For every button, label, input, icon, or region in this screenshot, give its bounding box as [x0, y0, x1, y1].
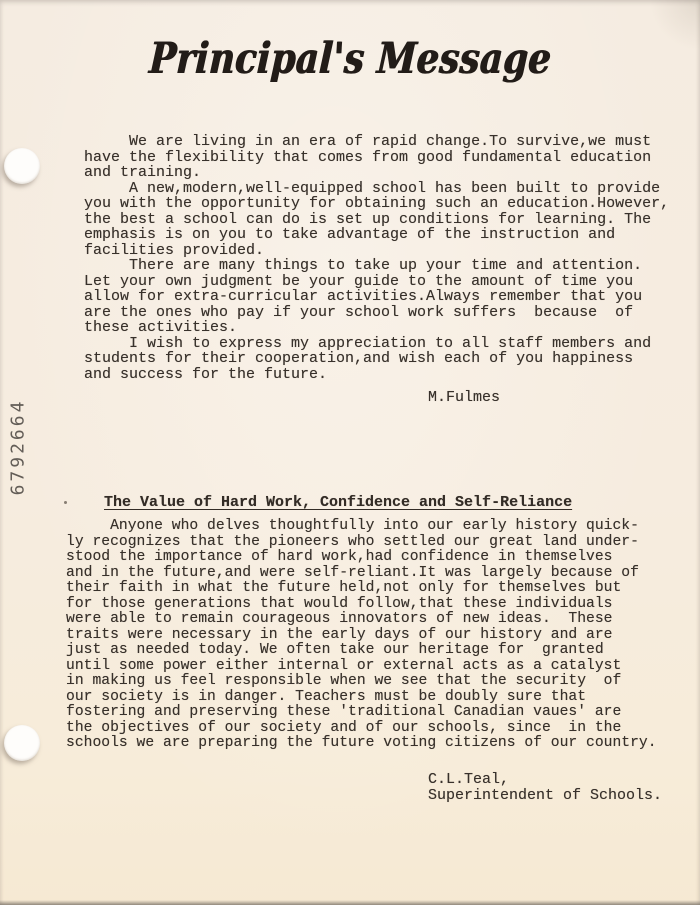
serial-number-stamp: 6792664	[8, 399, 29, 496]
principal-signature: M.Fulmes	[428, 390, 500, 406]
page-title: Principal's Message	[0, 34, 700, 84]
superintendent-signature: C.L.Teal, Superintendent of Schools.	[428, 772, 662, 803]
page-title-text: Principal's Message	[148, 34, 553, 84]
paper-speck	[64, 501, 67, 504]
punch-hole-bottom	[4, 725, 40, 761]
essay-heading: The Value of Hard Work, Confidence and S…	[104, 494, 572, 511]
principals-message-body: We are living in an era of rapid change.…	[84, 134, 669, 382]
scan-edge-shadow	[0, 900, 700, 905]
essay-body: Anyone who delves thoughtfully into our …	[66, 519, 657, 752]
punch-hole-top	[4, 148, 40, 184]
document-page: 6792664 Principal's Message We are livin…	[0, 0, 700, 905]
